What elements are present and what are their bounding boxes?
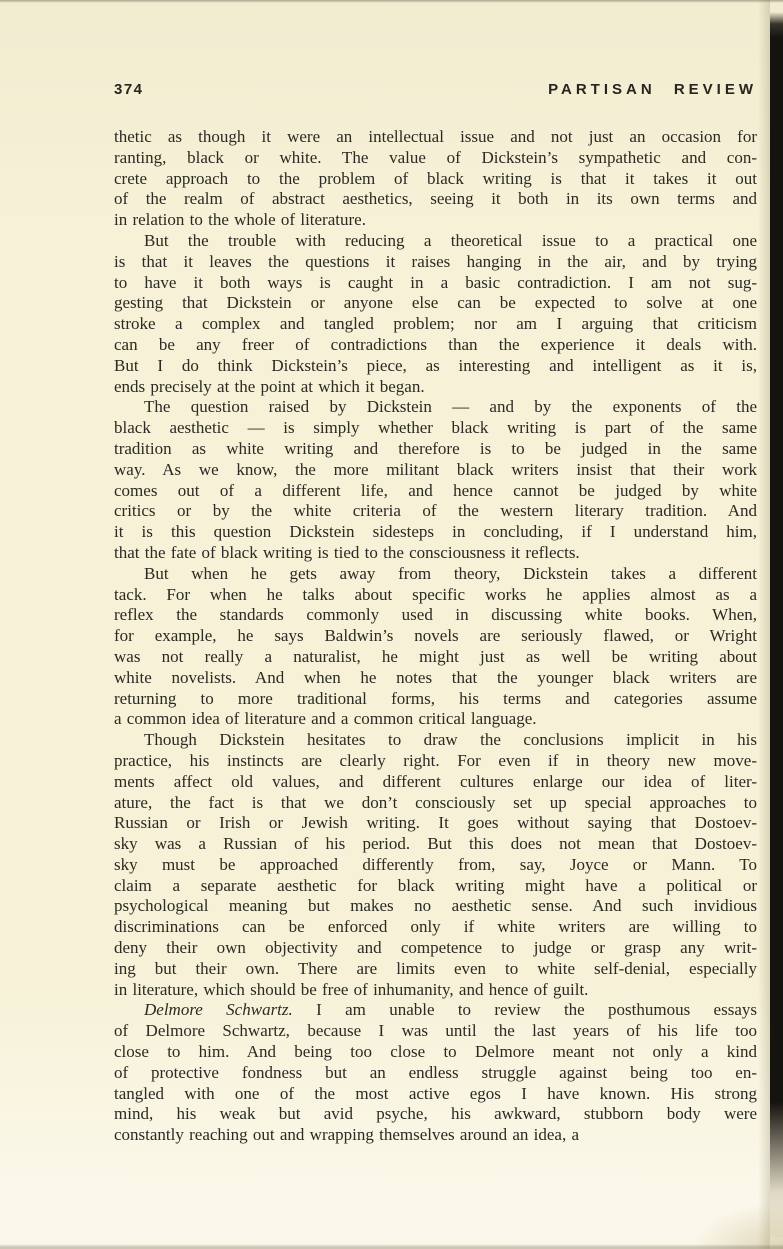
text-line: for example, he says Baldwin’s novels ar… bbox=[114, 626, 757, 647]
journal-title: PARTISAN REVIEW bbox=[548, 81, 757, 98]
text-line: reflex the standards commonly used in di… bbox=[114, 605, 757, 626]
text-line: ranting, black or white. The value of Di… bbox=[114, 148, 757, 169]
text-line: that the fate of black writing is tied t… bbox=[114, 543, 757, 564]
text-line: deny their own objectivity and competenc… bbox=[114, 938, 757, 959]
text-line: tradition as white writing and therefore… bbox=[114, 439, 757, 460]
text-line: a common idea of literature and a common… bbox=[114, 709, 757, 730]
text-line: discriminations can be enforced only if … bbox=[114, 917, 757, 938]
text-line: is that it leaves the questions it raise… bbox=[114, 252, 757, 273]
scan-edge-bottom bbox=[0, 1244, 783, 1249]
text-line: close to him. And being too close to Del… bbox=[114, 1042, 757, 1063]
scan-edge-right-band bbox=[770, 12, 783, 1237]
text-line: mind, his weak but avid psyche, his awkw… bbox=[114, 1104, 757, 1125]
scan-shade-bottom-right bbox=[693, 1203, 783, 1249]
text-line: ing but their own. There are limits even… bbox=[114, 959, 757, 980]
text-line: Delmore Schwartz. I am unable to review … bbox=[114, 1000, 757, 1021]
text-line: it is this question Dickstein sidesteps … bbox=[114, 522, 757, 543]
text-line: ature, the fact is that we don’t conscio… bbox=[114, 793, 757, 814]
text-line: stroke a complex and tangled problem; no… bbox=[114, 314, 757, 335]
text-line: But the trouble with reducing a theoreti… bbox=[114, 231, 757, 252]
paragraph: But the trouble with reducing a theoreti… bbox=[114, 231, 757, 397]
paragraph: But when he gets away from theory, Dicks… bbox=[114, 564, 757, 730]
text-line: in relation to the whole of literature. bbox=[114, 210, 757, 231]
italic-lead-in: Delmore Schwartz. bbox=[144, 1000, 293, 1019]
text-line: of Delmore Schwartz, because I was until… bbox=[114, 1021, 757, 1042]
text-line: Russian or Irish or Jewish writing. It g… bbox=[114, 813, 757, 834]
page-number: 374 bbox=[114, 81, 144, 98]
text-line: But I do think Dickstein’s piece, as int… bbox=[114, 356, 757, 377]
scan-edge-top bbox=[0, 0, 783, 3]
paragraph: The question raised by Dickstein — and b… bbox=[114, 397, 757, 563]
text-line: sky must be approached differently from,… bbox=[114, 855, 757, 876]
text-line: ments affect old values, and different c… bbox=[114, 772, 757, 793]
text-line: psychological meaning but makes no aesth… bbox=[114, 896, 757, 917]
text-line: black aesthetic — is simply whether blac… bbox=[114, 418, 757, 439]
paragraph: thetic as though it were an intellectual… bbox=[114, 127, 757, 231]
text-line: claim a separate aesthetic for black wri… bbox=[114, 876, 757, 897]
text-line: way. As we know, the more militant black… bbox=[114, 460, 757, 481]
text-line: thetic as though it were an intellectual… bbox=[114, 127, 757, 148]
text-line: tack. For when he talks about specific w… bbox=[114, 585, 757, 606]
text-line: practice, his instincts are clearly righ… bbox=[114, 751, 757, 772]
text-line: of the realm of abstract aesthetics, see… bbox=[114, 189, 757, 210]
text-line: constantly reaching out and wrapping the… bbox=[114, 1125, 757, 1146]
text-line: of protective fondness but an endless st… bbox=[114, 1063, 757, 1084]
text-line: can be any freer of contradictions than … bbox=[114, 335, 757, 356]
text-line: Though Dickstein hesitates to draw the c… bbox=[114, 730, 757, 751]
scan-shadow-right bbox=[758, 0, 770, 1249]
text-line: white novelists. And when he notes that … bbox=[114, 668, 757, 689]
text-line: But when he gets away from theory, Dicks… bbox=[114, 564, 757, 585]
text-line: returning to more traditional forms, his… bbox=[114, 689, 757, 710]
text-line: ends precisely at the point at which it … bbox=[114, 377, 757, 398]
text-line: tangled with one of the most active egos… bbox=[114, 1084, 757, 1105]
scanned-page: 374 PARTISAN REVIEW thetic as though it … bbox=[0, 0, 783, 1249]
text-line: gesting that Dickstein or anyone else ca… bbox=[114, 293, 757, 314]
text-line: crete approach to the problem of black w… bbox=[114, 169, 757, 190]
text-line: to have it both ways is caught in a basi… bbox=[114, 273, 757, 294]
paragraph: Though Dickstein hesitates to draw the c… bbox=[114, 730, 757, 1000]
paragraph: Delmore Schwartz. I am unable to review … bbox=[114, 1000, 757, 1146]
text-line: comes out of a different life, and hence… bbox=[114, 481, 757, 502]
page-header: 374 PARTISAN REVIEW bbox=[114, 81, 757, 98]
text-line: in literature, which should be free of i… bbox=[114, 980, 757, 1001]
text-line: was not really a naturalist, he might ju… bbox=[114, 647, 757, 668]
text-line: The question raised by Dickstein — and b… bbox=[114, 397, 757, 418]
text-line: sky was a Russian of his period. But thi… bbox=[114, 834, 757, 855]
text-block: thetic as though it were an intellectual… bbox=[114, 127, 757, 1146]
text-line: critics or by the white criteria of the … bbox=[114, 501, 757, 522]
